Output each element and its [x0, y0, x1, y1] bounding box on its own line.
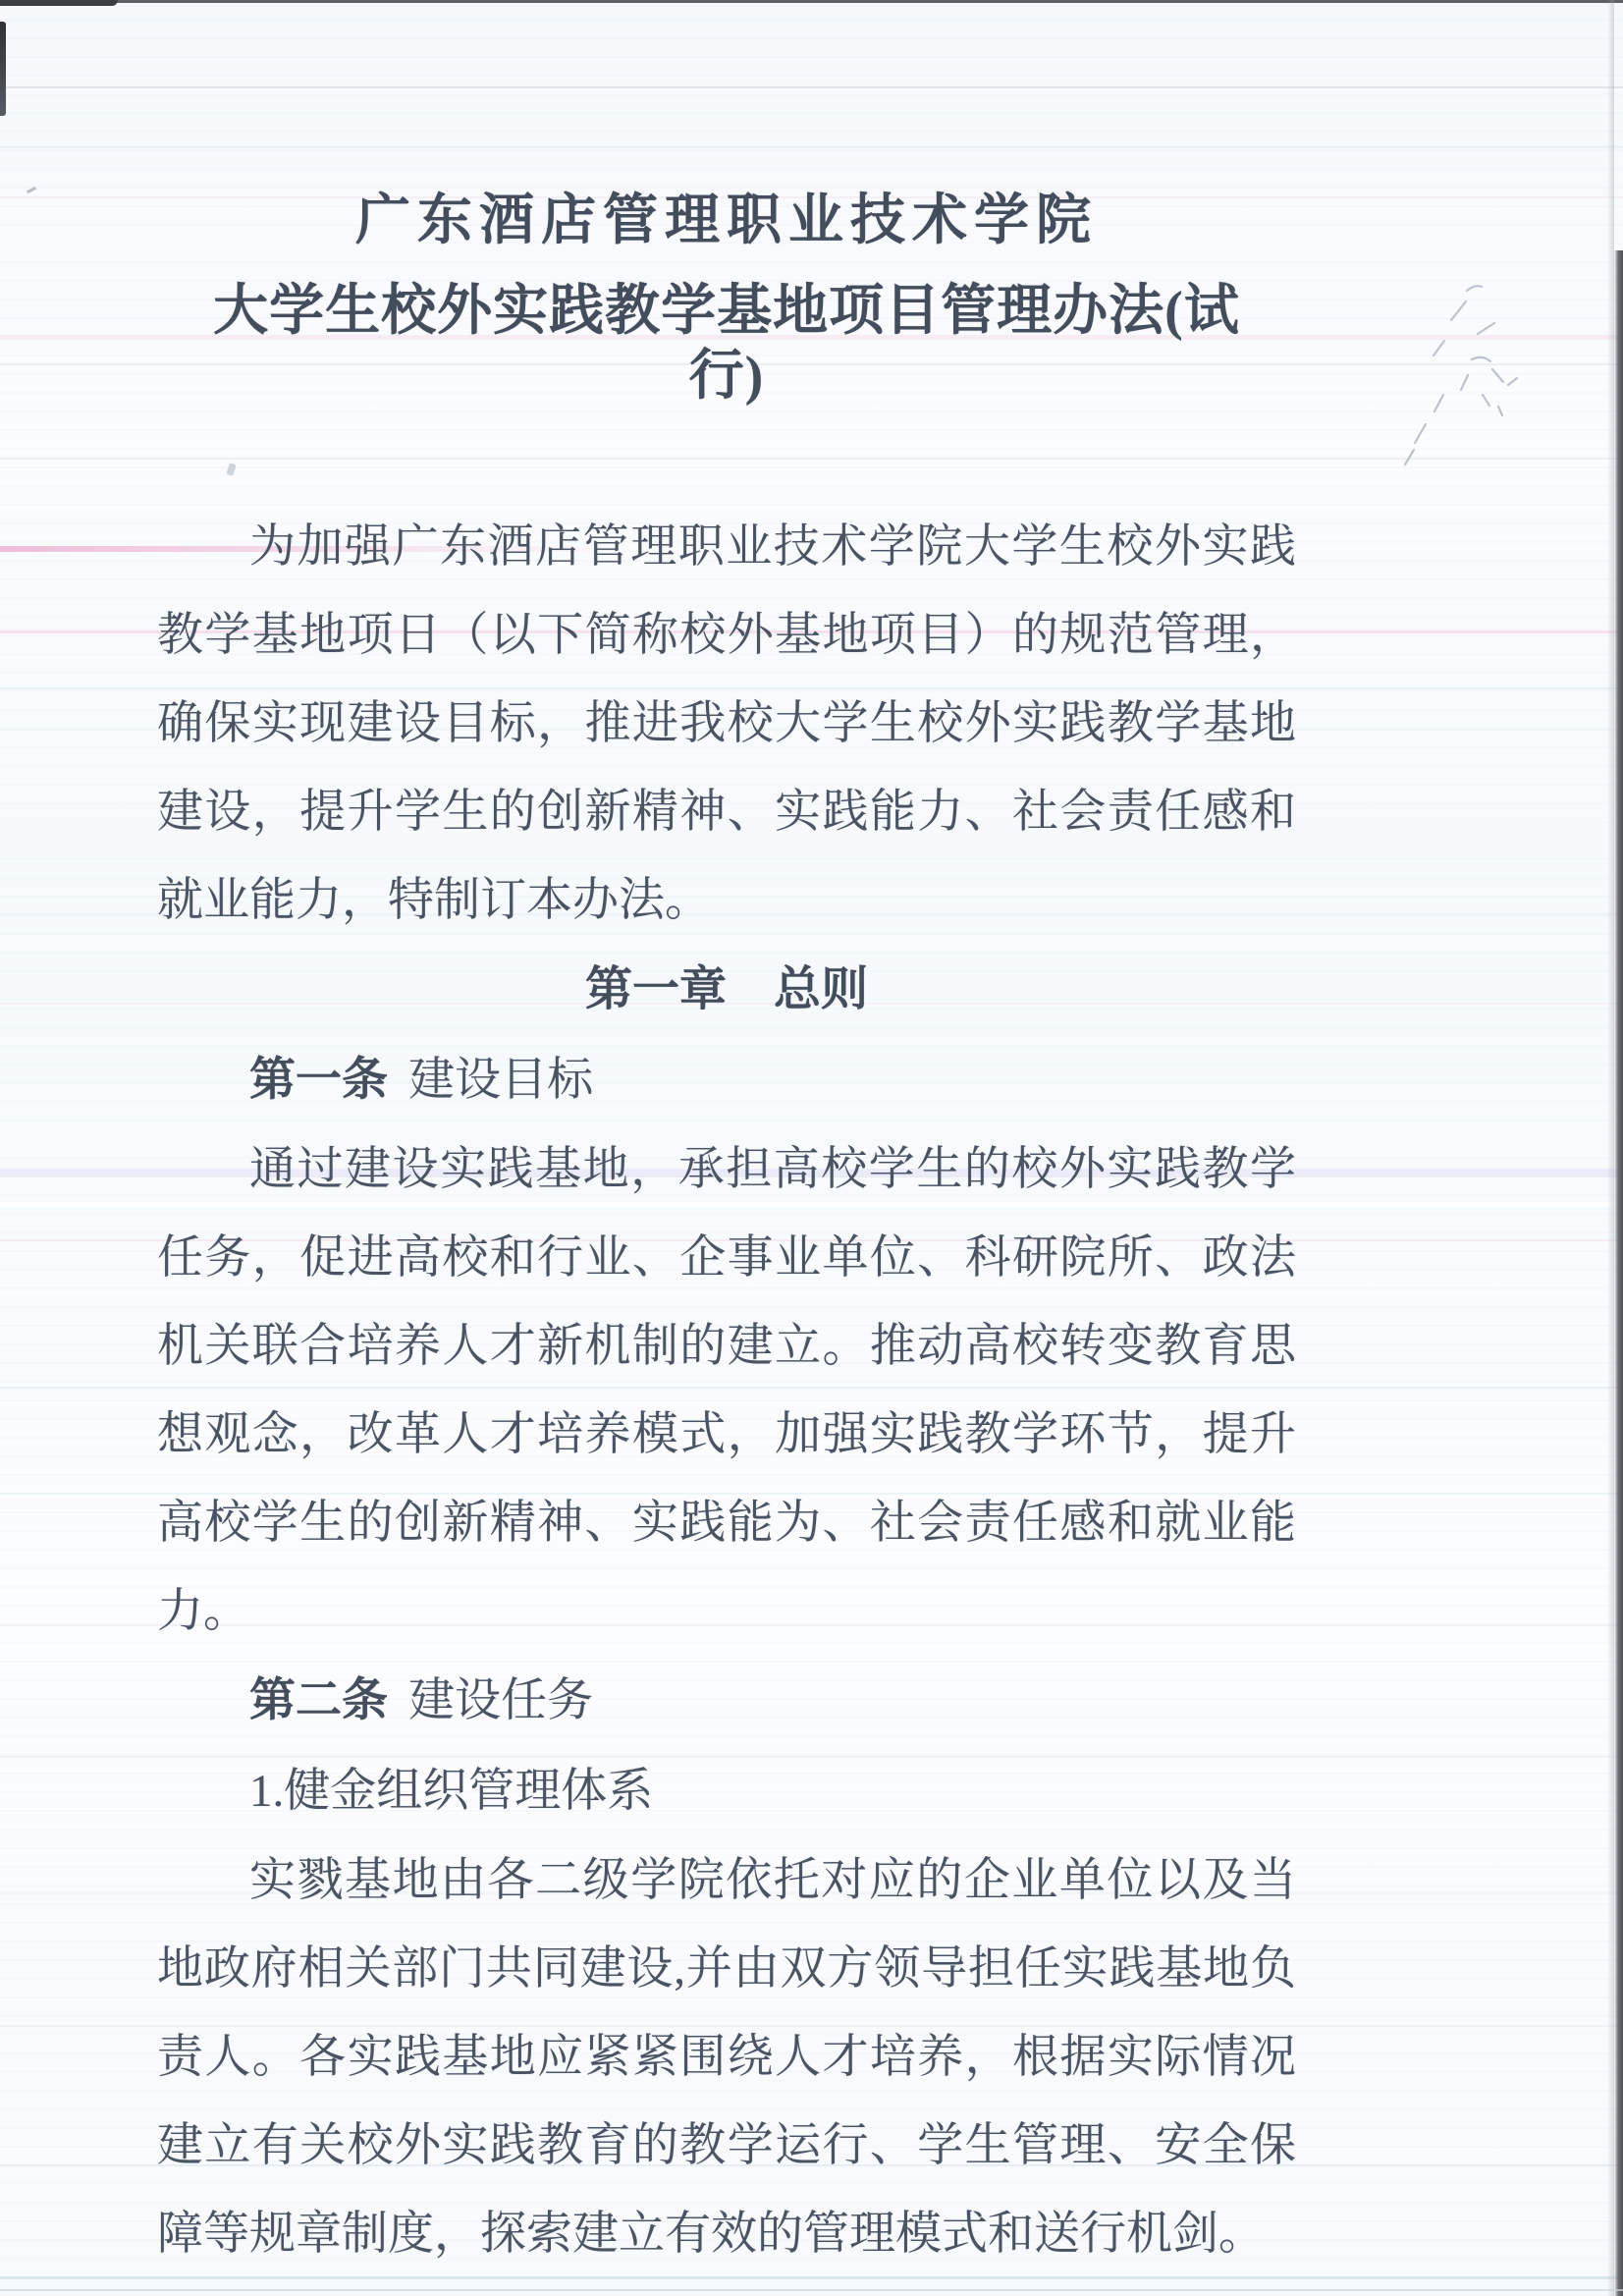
article2-body: 实戮基地由各二级学院依托对应的企业单位以及当地政府相关部门共同建设,并由双方领导…	[157, 1836, 1296, 2278]
article2-title: 建设任务	[408, 1675, 593, 1726]
document-title-line1: 广东酒店管理职业技术学院	[157, 189, 1296, 253]
article2-label: 第二条	[249, 1675, 388, 1726]
scan-left-edge-mark	[0, 22, 6, 116]
article1-title: 建设目标	[408, 1055, 593, 1106]
scan-bottom-hairline	[0, 2289, 1623, 2291]
intro-paragraph: 为加强广东酒店管理职业技术学院大学生校外实践教学基地项日（以下简称校外基地项目）…	[157, 503, 1296, 945]
article2-heading: 第二条建设任务	[157, 1656, 1296, 1746]
scan-right-edge-band	[1614, 250, 1623, 2296]
article2-item1: 1.健金组织管理体系	[157, 1746, 1296, 1836]
scanned-document-page: 广东酒店管理职业技术学院 大学生校外实践教学基地项目管理办法(试 行) 为加强广…	[0, 0, 1623, 2296]
article1-heading: 第一条建设目标	[157, 1035, 1296, 1125]
scan-left-tick-mark	[27, 187, 36, 193]
scan-top-edge-wedge	[0, 0, 118, 6]
scan-right-edge-shadow	[1607, 0, 1614, 2296]
article1-label: 第一条	[249, 1055, 388, 1106]
document-content: 广东酒店管理职业技术学院 大学生校外实践教学基地项目管理办法(试 行) 为加强广…	[157, 0, 1296, 2278]
chapter-heading: 第一章 总则	[157, 945, 1296, 1035]
article1-body: 通过建设实践基地，承担高校学生的校外实践教学任务，促进高校和行业、企事业单位、科…	[157, 1125, 1296, 1656]
document-title-line2: 大学生校外实践教学基地项目管理办法(试 行)	[157, 279, 1296, 409]
pencil-scribble	[1373, 273, 1555, 485]
